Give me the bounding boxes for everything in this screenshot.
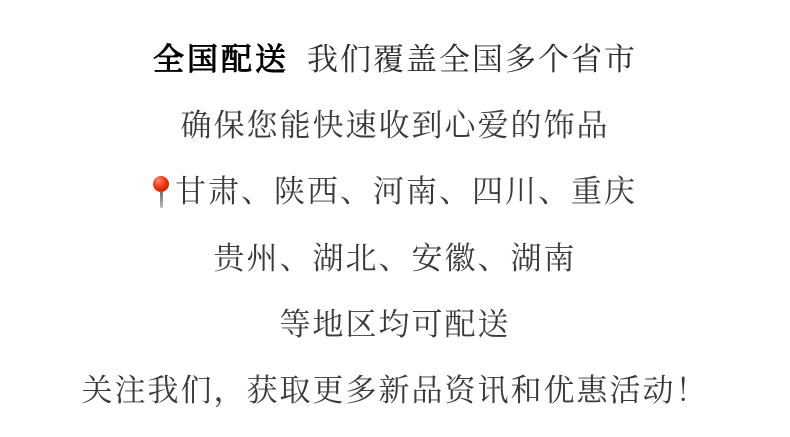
delivery-assurance-text: 确保您能快速收到心爱的饰品	[0, 110, 790, 142]
regions-line-2: 贵州、湖北、安徽、湖南	[0, 243, 790, 275]
heading-title: 全国配送	[153, 42, 289, 77]
pushpin-icon	[153, 176, 170, 209]
section-heading: 全国配送我们覆盖全国多个省市	[0, 44, 790, 76]
heading-subtitle: 我们覆盖全国多个省市	[307, 42, 637, 77]
pushpin-head	[153, 176, 169, 192]
follow-us-cta: 关注我们，获取更多新品资讯和优惠活动！	[0, 375, 790, 407]
nationwide-delivery-section: 全国配送我们覆盖全国多个省市 确保您能快速收到心爱的饰品 甘肃、陕西、河南、四川…	[0, 0, 790, 437]
regions-note: 等地区均可配送	[0, 309, 790, 341]
pushpin-stick	[160, 191, 163, 208]
regions-line-1: 甘肃、陕西、河南、四川、重庆	[0, 176, 790, 209]
regions-text-1: 甘肃、陕西、河南、四川、重庆	[175, 174, 637, 209]
